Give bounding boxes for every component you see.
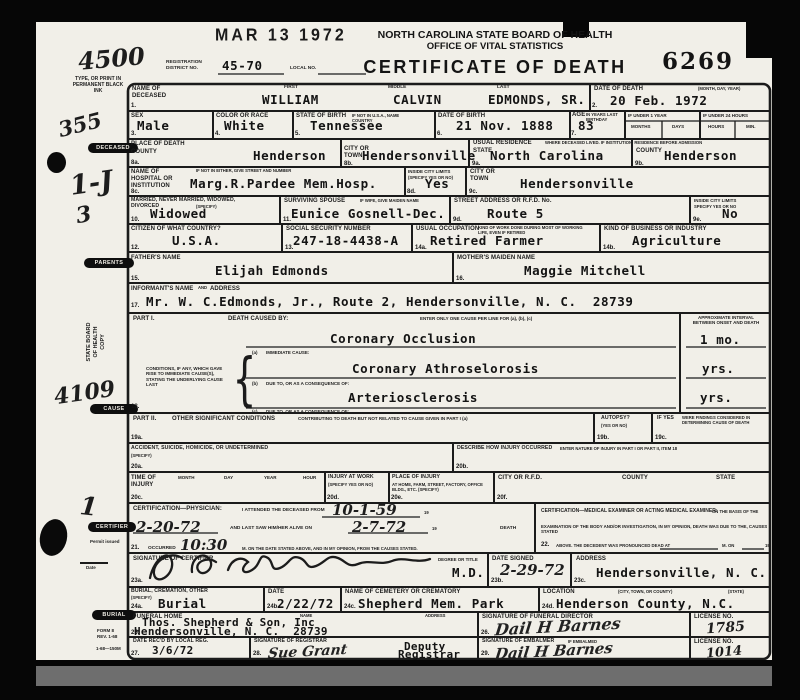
margin-tab-burial: BURIAL (92, 610, 136, 620)
field-num-19b: 19b. (597, 435, 609, 441)
field-num-10: 10. (131, 217, 139, 223)
field-num-2: 2. (592, 103, 597, 109)
field-num-27: 27. (131, 651, 139, 657)
name-label-1: NAME OF (132, 86, 160, 93)
death-time-value: 10:30 (180, 536, 227, 554)
field-num-11: 11. (283, 217, 291, 223)
date-of-death-label: DATE OF DEATH (594, 86, 643, 93)
hole-punch-top (47, 152, 66, 173)
margin-instruction: TYPE, OR PRINT IN PERMANENT BLACK INK (70, 76, 126, 94)
field-num-12: 12. (131, 245, 139, 251)
ssn-label: SOCIAL SECURITY NUMBER (286, 226, 371, 233)
pod-county-value: Henderson (253, 150, 326, 163)
field-num-4: 4. (215, 131, 220, 137)
describe-label: DESCRIBE HOW INJURY OCCURRED (457, 446, 552, 452)
name-sub-middle: MIDDLE (388, 85, 406, 91)
birth-state-value: Tennessee (310, 120, 383, 133)
field-num-24d: 24d. (542, 604, 554, 610)
injury-state-label: STATE (716, 475, 735, 482)
hospital-value: Marg.R.Pardee Mem.Hosp. (190, 178, 377, 191)
field-num-19c: 19c. (655, 435, 667, 441)
race-value: White (224, 120, 265, 133)
field-num-9c: 9c. (469, 189, 477, 195)
field-num-8c: 8c. (131, 189, 139, 195)
injury-county-label: COUNTY (622, 475, 648, 482)
burial-location-note: (CITY, TOWN, OR COUNTY) (618, 589, 672, 594)
injury-col-year: YEAR (264, 475, 277, 480)
field-num-7: 7. (571, 131, 576, 137)
age-value: 83 (578, 120, 594, 133)
hospital-note: IF NOT IN EITHER, GIVE STREET AND NUMBER (196, 168, 316, 173)
name-sub-last: LAST (497, 85, 510, 91)
residence-town-label: CITY OR TOWN (470, 169, 500, 183)
registration-district-value: 45-70 (222, 60, 263, 73)
residence-state-value: North Carolina (490, 150, 604, 163)
certifier-address-label: ADDRESS (576, 556, 606, 563)
burial-location-note2: (STATE) (728, 589, 744, 594)
place-of-injury-label: PLACE OF INJURY (392, 475, 440, 481)
autopsy-label: AUTOPSY? (601, 416, 630, 422)
date-signed-value: 2-29-72 (500, 561, 565, 579)
time-of-injury-label-1: TIME OF (131, 475, 156, 482)
father-value: Elijah Edmonds (215, 265, 329, 278)
residence-town-value: Hendersonville (520, 178, 634, 191)
physician-cert-t4: OCCURRED (148, 546, 176, 552)
injury-city-label: CITY OR R.F.D. (498, 475, 542, 482)
interval-a-value: 1 mo. (700, 334, 741, 347)
examiner-cert-t3: ABOVE. THE DECEDENT WAS PRONOUNCED DEAD … (556, 543, 670, 548)
field-num-16: 16. (456, 276, 464, 282)
under1-label: IF UNDER 1 YEAR (628, 113, 667, 118)
cause-c-sublabel: DUE TO, OR AS A CONSEQUENCE OF: (266, 409, 349, 414)
occupation-value: Retired Farmer (430, 235, 544, 248)
local-no-label: LOCAL NO. (290, 66, 316, 72)
director-license-value: 1785 (705, 619, 745, 638)
interval-c-value: yrs. (700, 392, 733, 405)
registration-district-label: REGISTRATION DISTRICT NO. (166, 60, 218, 72)
residence-county-value: Henderson (664, 150, 737, 163)
industry-label: KIND OF BUSINESS OR INDUSTRY (604, 226, 707, 233)
under24-label: IF UNDER 24 HOURS (703, 113, 748, 118)
injury-at-work-label: INJURY AT WORK (328, 475, 374, 481)
time-of-injury-label-2: INJURY (131, 482, 153, 489)
examiner-cert-t2: EXAMINATION OF THE BODY AND/OR INVESTIGA… (541, 524, 769, 535)
part1-note: ENTER ONLY ONE CAUSE PER LINE FOR (a), (… (420, 316, 532, 321)
funeral-home-addr-label: ADDRESS (425, 613, 445, 618)
part1-label: DEATH CAUSED BY: (228, 316, 288, 323)
scan-corner-patch (746, 0, 800, 58)
burial-date-label: DATE (268, 589, 284, 596)
examiner-cert-t5: 19 (765, 543, 770, 548)
marital-value: Widowed (150, 208, 207, 221)
ssn-value: 247-18-4438-A (293, 235, 399, 248)
part2-title: PART II. (133, 416, 156, 423)
injury-at-work-note: (SPECIFY YES OR NO) (328, 482, 373, 487)
part2-note: CONTRIBUTING TO DEATH BUT NOT RELATED TO… (298, 416, 468, 421)
field-num-20a: 20a. (131, 464, 143, 470)
field-num-26: 26. (481, 630, 489, 636)
certifier-signature-label: SIGNATURE OF CERTIFIER (133, 556, 213, 563)
cause-a-sublabel: IMMEDIATE CAUSE: (266, 350, 309, 355)
spouse-value: Eunice Gosnell-Dec. (291, 208, 445, 221)
field-num-5: 5. (295, 131, 300, 137)
field-num-8d: 8d. (407, 189, 416, 195)
margin-tab-certifier: CERTIFIER (88, 522, 136, 532)
informant-label-and: AND (198, 285, 207, 290)
physician-cert-t2: AND LAST SAW HIM/HER ALIVE ON (230, 526, 312, 532)
certificate-number: 6269 (648, 50, 748, 73)
cause-b-value: Coronary Athroselorosis (352, 363, 539, 376)
margin-note-1: 1 (79, 491, 99, 522)
cemetery-label: NAME OF CEMETERY OR CREMATORY (345, 589, 460, 596)
conditions-brace: { (232, 350, 256, 408)
scan-border-bottom (0, 686, 800, 700)
conditions-note: CONDITIONS, IF ANY, WHICH GAVE RISE TO I… (146, 366, 232, 388)
interval-header: APPROXIMATE INTERVAL BETWEEN ONSET AND D… (688, 315, 764, 326)
usual-residence-note: WHERE DECEASED LIVED. IF INSTITUTION, RE… (545, 140, 765, 145)
under1-days-label: DAYS (672, 124, 684, 129)
informant-value: Mr. W. C.Edmonds, Jr., Route 2, Henderso… (146, 296, 634, 309)
scan-border-top (0, 0, 800, 21)
received-date-stamp: MAR 13 1972 (215, 27, 347, 45)
date-received-value: 3/6/72 (152, 645, 194, 656)
registrar-title-line2: Registrar (398, 649, 460, 660)
part2-label: OTHER SIGNIFICANT CONDITIONS (172, 416, 275, 423)
manner-label: ACCIDENT, SUICIDE, HOMICIDE, OR UNDETERM… (131, 446, 331, 452)
funeral-home-line2: Hendersonville, N. C. 28739 (134, 626, 328, 637)
occupation-label: USUAL OCCUPATION (416, 226, 479, 233)
field-num-23a: 23a. (131, 578, 143, 584)
field-num-20c: 20c. (131, 495, 143, 501)
field-num-22: 22. (541, 542, 549, 548)
pod-city-value: Hendersonville (362, 150, 476, 163)
manner-note: (SPECIFY) (131, 453, 152, 458)
field-num-9d: 9d. (453, 217, 462, 223)
last-seen-alive-value: 2-7-72 (352, 518, 406, 536)
field-num-20f: 20f. (497, 495, 507, 501)
street-value: Route 5 (487, 208, 544, 221)
burial-location-label: LOCATION (543, 589, 575, 596)
margin-date-line (80, 562, 108, 564)
last-seen-yr: 19 (432, 526, 437, 531)
attended-from-yr: 19 (424, 510, 429, 515)
name-first-value: WILLIAM (262, 94, 319, 107)
field-num-8b: 8b. (344, 161, 353, 167)
industry-value: Agriculture (632, 235, 721, 248)
form-code-2: REV. 1-68 (97, 634, 117, 639)
injury-col-day: DAY (224, 475, 233, 480)
field-num-18: 18. (131, 404, 139, 410)
field-num-14b: 14b. (603, 245, 615, 251)
field-num-29: 29. (481, 651, 489, 657)
field-num-8a: 8a. (131, 160, 139, 166)
field-num-3: 3. (131, 131, 136, 137)
cause-c-value: Arteriosclerosis (348, 392, 478, 405)
spouse-label: SURVIVING SPOUSE (284, 198, 345, 205)
informant-label: INFORMANT'S NAME (131, 286, 193, 293)
cause-a-value: Coronary Occlusion (330, 333, 476, 346)
cause-b-sublabel: DUE TO, OR AS A CONSEQUENCE OF: (266, 381, 349, 386)
embalmer-license-value: 1014 (705, 643, 742, 661)
street-icl-label: INSIDE CITY LIMITS (694, 198, 736, 203)
margin-note-4500: 4500 (77, 41, 146, 76)
autopsy-note: (YES OR NO) (601, 423, 627, 428)
field-num-9a: 9a. (472, 161, 480, 167)
attended-from-value: 10-1-59 (332, 501, 397, 519)
hospital-icl-label: INSIDE CITY LIMITS (408, 169, 450, 174)
degree-value: M.D. (452, 567, 485, 580)
field-num-19a: 19a. (131, 435, 143, 441)
scan-border-left (0, 0, 36, 700)
org-office: OFFICE OF VITAL STATISTICS (330, 42, 660, 52)
name-label-2: DECEASED (132, 93, 166, 100)
dob-value: 21 Nov. 1888 (456, 120, 554, 133)
residence-county-label: COUNTY (636, 148, 662, 155)
field-num-17: 17. (131, 303, 139, 309)
certifier-address-value: Hendersonville, N. C. (596, 567, 767, 580)
injury-col-month: MONTH (178, 475, 195, 480)
scan-border-right (772, 0, 800, 700)
usual-residence-label: USUAL RESIDENCE (473, 140, 532, 147)
physician-cert-t5: M. ON THE DATE STATED ABOVE, AND IN MY O… (242, 546, 532, 551)
degree-or-title-label: DEGREE OR TITLE (438, 557, 478, 562)
examiner-cert-t1: ON THE BASIS OF THE (712, 509, 767, 514)
field-num-20b: 20b. (456, 464, 468, 470)
street-icl-value: No (722, 208, 738, 221)
under24-min-label: MIN. (746, 124, 756, 129)
field-num-21: 21. (131, 545, 139, 551)
field-num-15: 15. (131, 276, 139, 282)
field-num-1: 1. (131, 103, 136, 109)
physician-cert-title: CERTIFICATION—PHYSICIAN: (133, 506, 222, 513)
describe-note: ENTER NATURE OF INJURY IN PART I OR PART… (560, 446, 740, 451)
examiner-cert-t4: M. ON (722, 543, 734, 548)
place-of-death-label: PLACE OF DEATH (131, 141, 185, 148)
date-of-death-value: 20 Feb. 1972 (610, 95, 708, 108)
field-num-9b: 9b. (635, 161, 644, 167)
under1-months-label: MONTHS (631, 124, 651, 129)
attended-to-value: 2-20-72 (136, 518, 201, 536)
injury-col-hour: HOUR (303, 475, 316, 480)
field-num-14a: 14a. (415, 245, 427, 251)
mother-value: Maggie Mitchell (524, 265, 646, 278)
field-num-6: 6. (437, 131, 442, 137)
form-code-3: 1-68—150M (96, 646, 121, 651)
margin-copy-label: STATE BOARD OF HEALTH COPY (86, 318, 130, 366)
burial-type-note: (SPECIFY) (131, 595, 152, 600)
cemetery-value: Shepherd Mem. Park (358, 598, 504, 611)
place-of-injury-note: AT HOME, FARM, STREET, FACTORY, OFFICE B… (392, 482, 487, 492)
part1-title: PART I. (133, 316, 155, 323)
citizen-value: U.S.A. (172, 235, 221, 248)
form-code-1: FORM 8 (97, 628, 114, 633)
burial-date-value: 2/22/72 (277, 598, 334, 611)
margin-date-label: Date (86, 565, 96, 570)
examiner-cert-title: CERTIFICATION—MEDICAL EXAMINER OR ACTING… (541, 508, 717, 514)
father-label: FATHER'S NAME (131, 255, 181, 262)
informant-label-2: ADDRESS (210, 286, 240, 293)
mother-label: MOTHER'S MAIDEN NAME (457, 255, 535, 262)
citizen-label: CITIZEN OF WHAT COUNTRY? (131, 226, 221, 233)
hospital-icl-value: Yes (425, 178, 449, 191)
margin-permit-issued-label: Permit issued (90, 539, 120, 544)
org-name: NORTH CAROLINA STATE BOARD OF HEALTH (330, 30, 660, 41)
interval-b-value: yrs. (702, 363, 735, 376)
field-num-24a: 24a. (131, 604, 143, 610)
hospital-label: NAME OF HOSPITAL OR INSTITUTION (131, 169, 191, 190)
field-num-24c: 24c. (344, 604, 356, 610)
margin-tab-parents: PARENTS (84, 258, 134, 268)
name-last-value: EDMONDS, SR. (488, 94, 586, 107)
field-num-9e: 9e. (693, 217, 701, 223)
street-label: STREET ADDRESS OR R.F.D. No. (454, 198, 552, 205)
margin-note-1j: 1-J (68, 165, 115, 202)
findings-note: WERE FINDINGS CONSIDERED IN DETERMINING … (682, 415, 767, 425)
burial-type-value: Burial (158, 598, 207, 611)
under24-hours-label: HOURS (708, 124, 724, 129)
physician-cert-t1: I ATTENDED THE DECEASED FROM (242, 508, 325, 514)
findings-label: IF YES (657, 416, 674, 422)
name-middle-value: CALVIN (393, 94, 442, 107)
spouse-note: IF WIFE, GIVE MAIDEN NAME (360, 198, 419, 203)
pod-county-label: COUNTY (131, 149, 157, 156)
burial-location-value: Henderson County, N.C. (556, 598, 735, 611)
date-of-death-sublabel: (MONTH, DAY, YEAR) (698, 86, 740, 91)
physician-cert-t3: DEATH (500, 526, 516, 532)
scanned-death-certificate: MAR 13 1972 NORTH CAROLINA STATE BOARD O… (0, 0, 800, 700)
certificate-title: CERTIFICATE OF DEATH (330, 58, 660, 76)
name-sub-first: FIRST (284, 85, 298, 91)
field-num-28: 28. (253, 651, 261, 657)
field-num-23c: 23c. (574, 578, 586, 584)
sex-value: Male (137, 120, 170, 133)
